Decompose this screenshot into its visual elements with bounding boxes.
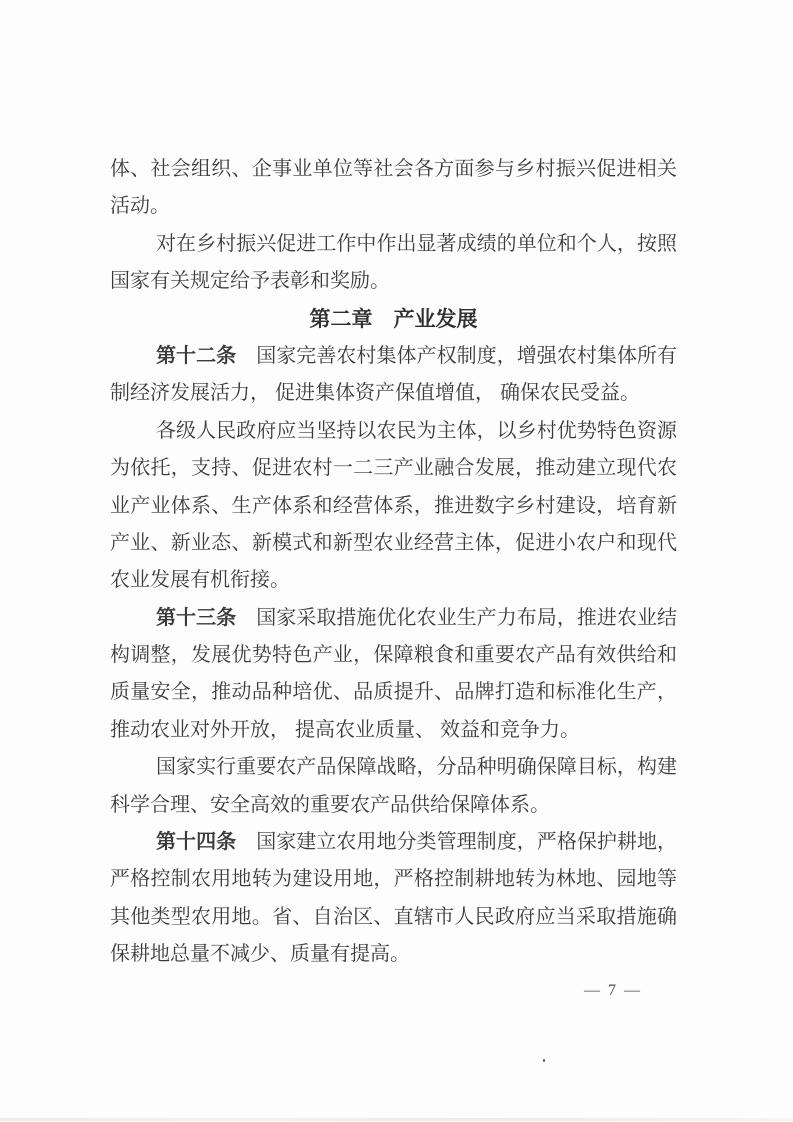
- text-line: 构调整，发展优势特色产业，保障粮食和重要农产品有效供给和: [110, 637, 677, 674]
- text-segment: 为依托，支持、促进农村一二三产业融合发展，推动建立现代农: [110, 457, 677, 479]
- text-segment: [236, 345, 256, 367]
- bold-text-segment: 第十三条: [156, 607, 236, 629]
- text-segment: 质量安全，推动品种培优、品质提升、品牌打造和标准化生产，: [110, 681, 677, 703]
- text-segment: 国家实行重要农产品保障战略，分品种明确保障目标，构建: [156, 756, 677, 778]
- bold-text-segment: 产业发展: [394, 307, 478, 331]
- text-segment: 国家建立农用地分类管理制度，严格保护耕地，: [256, 831, 677, 853]
- text-line: 国家有关规定给予表彰和奖励。: [110, 263, 677, 300]
- text-segment: 农业发展有机衔接。: [110, 569, 290, 591]
- text-segment: [236, 831, 256, 853]
- text-segment: [236, 607, 256, 629]
- text-segment: 推动农业对外开放， 提高农业质量、 效益和竞争力。: [110, 719, 580, 741]
- text-segment: 严格控制农用地转为建设用地，严格控制耕地转为林地、园地等: [110, 868, 677, 890]
- text-line: 各级人民政府应当坚持以农民为主体，以乡村优势特色资源: [110, 413, 677, 450]
- text-line: 第十三条 国家采取措施优化农业生产力布局，推进农业结: [110, 600, 677, 637]
- chapter-heading: 第二章 产业发展: [110, 301, 677, 338]
- scanned-document-page: 体、社会组织、企事业单位等社会各方面参与乡村振兴促进相关活动。对在乡村振兴促进工…: [0, 0, 793, 1122]
- text-line: 业产业体系、生产体系和经营体系，推进数字乡村建设，培育新: [110, 488, 677, 525]
- bold-text-segment: [373, 307, 394, 331]
- text-segment: 国家采取措施优化农业生产力布局，推进农业结: [256, 607, 677, 629]
- text-segment: 构调整，发展优势特色产业，保障粮食和重要农产品有效供给和: [110, 644, 677, 666]
- text-line: 对在乡村振兴促进工作中作出显著成绩的单位和个人，按照: [110, 226, 677, 263]
- text-segment: 各级人民政府应当坚持以农民为主体，以乡村优势特色资源: [156, 420, 677, 442]
- text-line: 推动农业对外开放， 提高农业质量、 效益和竞争力。: [110, 712, 677, 749]
- bold-text-segment: 第十四条: [156, 831, 236, 853]
- text-line: 为依托，支持、促进农村一二三产业融合发展，推动建立现代农: [110, 450, 677, 487]
- page-number: — 7 —: [584, 982, 642, 1000]
- text-line: 质量安全，推动品种培优、品质提升、品牌打造和标准化生产，: [110, 674, 677, 711]
- text-line: 第十四条 国家建立农用地分类管理制度，严格保护耕地，: [110, 824, 677, 861]
- text-line: 保耕地总量不减少、质量有提高。: [110, 936, 677, 973]
- text-line: 产业、新业态、新模式和新型农业经营主体，促进小农户和现代: [110, 525, 677, 562]
- bold-text-segment: 第二章: [310, 307, 373, 331]
- text-line: 第十二条 国家完善农村集体产权制度，增强农村集体所有: [110, 338, 677, 375]
- text-line: 其他类型农用地。省、自治区、直辖市人民政府应当采取措施确: [110, 899, 677, 936]
- text-segment: 业产业体系、生产体系和经营体系，推进数字乡村建设，培育新: [110, 495, 677, 517]
- text-line: 体、社会组织、企事业单位等社会各方面参与乡村振兴促进相关: [110, 151, 677, 188]
- scan-speck: [543, 1059, 545, 1062]
- text-segment: 保耕地总量不减少、质量有提高。: [110, 943, 410, 965]
- scan-edge-shadow: [0, 1118, 793, 1121]
- text-segment: 其他类型农用地。省、自治区、直辖市人民政府应当采取措施确: [110, 906, 677, 928]
- text-segment: 体、社会组织、企事业单位等社会各方面参与乡村振兴促进相关: [110, 158, 677, 180]
- text-line: 农业发展有机衔接。: [110, 562, 677, 599]
- bold-text-segment: 第十二条: [156, 345, 236, 367]
- text-line: 国家实行重要农产品保障战略，分品种明确保障目标，构建: [110, 749, 677, 786]
- text-segment: 对在乡村振兴促进工作中作出显著成绩的单位和个人，按照: [156, 233, 677, 255]
- text-segment: 产业、新业态、新模式和新型农业经营主体，促进小农户和现代: [110, 532, 677, 554]
- text-line: 活动。: [110, 188, 677, 225]
- text-segment: 制经济发展活力， 促进集体资产保值增值， 确保农民受益。: [110, 382, 640, 404]
- text-line: 严格控制农用地转为建设用地，严格控制耕地转为林地、园地等: [110, 861, 677, 898]
- text-segment: 国家有关规定给予表彰和奖励。: [110, 270, 390, 292]
- text-segment: 活动。: [110, 195, 170, 217]
- text-segment: 科学合理、安全高效的重要农产品供给保障体系。: [110, 794, 550, 816]
- text-line: 制经济发展活力， 促进集体资产保值增值， 确保农民受益。: [110, 375, 677, 412]
- document-body: 体、社会组织、企事业单位等社会各方面参与乡村振兴促进相关活动。对在乡村振兴促进工…: [110, 151, 677, 974]
- text-line: 科学合理、安全高效的重要农产品供给保障体系。: [110, 787, 677, 824]
- text-segment: 国家完善农村集体产权制度，增强农村集体所有: [256, 345, 677, 367]
